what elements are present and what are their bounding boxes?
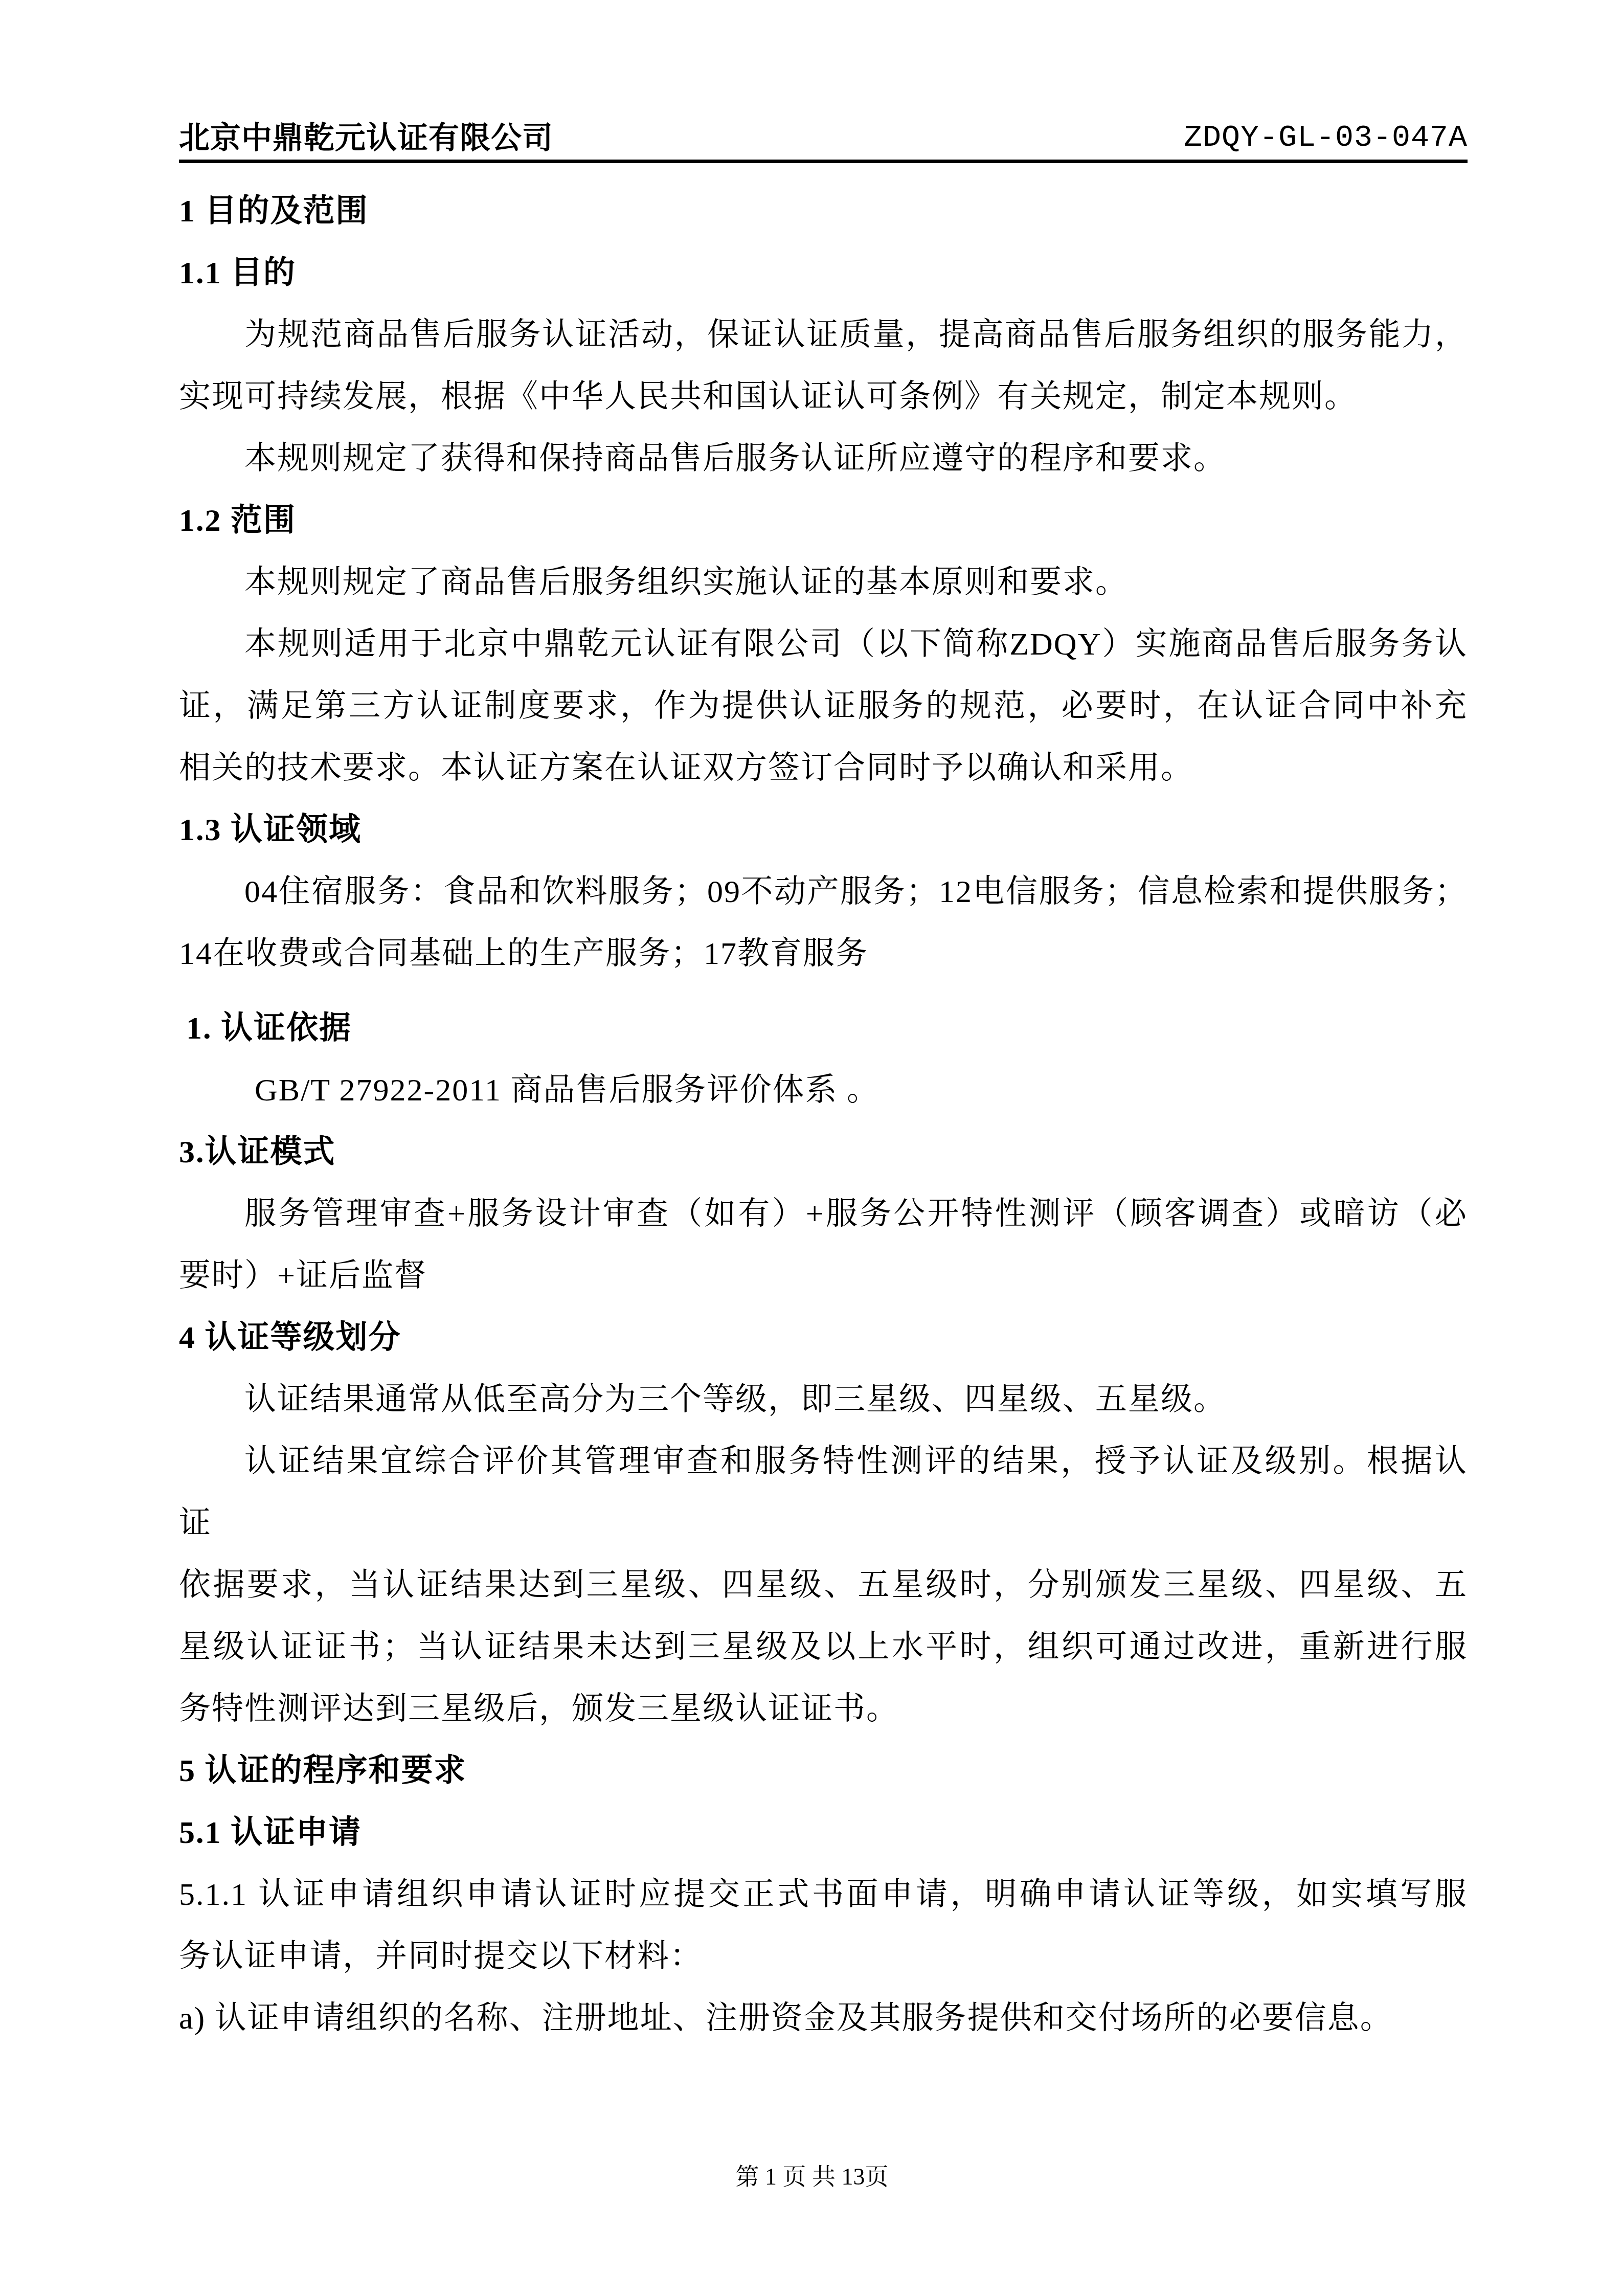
paragraph-line: 星级认证证书；当认证结果未达到三星级及以上水平时，组织可通过改进，重新进行服 [179, 1616, 1468, 1678]
section-heading: 5 认证的程序和要求 [179, 1740, 1468, 1802]
paragraph-line: 14在收费或合同基础上的生产服务；17教育服务 [179, 923, 1468, 985]
paragraph-line: 依据要求，当认证结果达到三星级、四星级、五星级时，分别颁发三星级、四星级、五 [179, 1555, 1468, 1616]
page-number: 第 1 页 共 13页 [0, 2159, 1624, 2195]
section-heading: 5.1 认证申请 [179, 1802, 1468, 1864]
section-heading: 1.1 目的 [179, 242, 1468, 304]
section-heading: 1. 认证依据 [179, 998, 1468, 1060]
section-heading: 4 认证等级划分 [179, 1307, 1468, 1369]
paragraph-line: 证，满足第三方认证制度要求，作为提供认证服务的规范，必要时，在认证合同中补充 [179, 676, 1468, 737]
paragraph-line: 为规范商品售后服务认证活动，保证认证质量，提高商品售后服务组织的服务能力， [179, 304, 1468, 366]
paragraph-line: 本规则规定了商品售后服务组织实施认证的基本原则和要求。 [179, 552, 1468, 614]
section-heading: 3.认证模式 [179, 1121, 1468, 1183]
paragraph-line: 5.1.1 认证申请组织申请认证时应提交正式书面申请，明确申请认证等级，如实填写… [179, 1864, 1468, 1926]
paragraph-line: 务特性测评达到三星级后，颁发三星级认证证书。 [179, 1678, 1468, 1740]
section-heading: 1.2 范围 [179, 490, 1468, 552]
section-heading: 1.3 认证领域 [179, 799, 1468, 861]
paragraph-line: 认证结果宜综合评价其管理审查和服务特性测评的结果，授予认证及级别。根据认 [179, 1431, 1468, 1493]
document-header: 北京中鼎乾元认证有限公司 ZDQY-GL-03-047A [179, 122, 1468, 163]
paragraph-line: 实现可持续发展，根据《中华人民共和国认证认可条例》有关规定，制定本规则。 [179, 366, 1468, 428]
paragraph-line: GB/T 27922-2011 商品售后服务评价体系 。 [179, 1060, 1468, 1121]
paragraph-line: 04住宿服务：食品和饮料服务；09不动产服务；12电信服务；信息检索和提供服务； [179, 861, 1468, 923]
document-page: 北京中鼎乾元认证有限公司 ZDQY-GL-03-047A 1 目的及范围 1.1… [0, 0, 1624, 2296]
company-name: 北京中鼎乾元认证有限公司 [179, 122, 553, 154]
paragraph-line: 本规则适用于北京中鼎乾元认证有限公司（以下简称ZDQY）实施商品售后服务务认 [179, 614, 1468, 676]
page-content: 北京中鼎乾元认证有限公司 ZDQY-GL-03-047A 1 目的及范围 1.1… [179, 122, 1468, 2050]
paragraph-line: 证 [179, 1493, 1468, 1555]
paragraph-line: 认证结果通常从低至高分为三个等级，即三星级、四星级、五星级。 [179, 1369, 1468, 1431]
document-body: 1 目的及范围 1.1 目的 为规范商品售后服务认证活动，保证认证质量，提高商品… [179, 181, 1468, 2050]
paragraph-line: 要时）+证后监督 [179, 1245, 1468, 1307]
paragraph-line: 务认证申请，并同时提交以下材料： [179, 1926, 1468, 1988]
paragraph-line: a) 认证申请组织的名称、注册地址、注册资金及其服务提供和交付场所的必要信息。 [179, 1988, 1468, 2050]
paragraph-line: 本规则规定了获得和保持商品售后服务认证所应遵守的程序和要求。 [179, 428, 1468, 490]
paragraph-line: 相关的技术要求。本认证方案在认证双方签订合同时予以确认和采用。 [179, 737, 1468, 799]
doc-number: ZDQY-GL-03-047A [1184, 122, 1468, 154]
paragraph-line: 服务管理审查+服务设计审查（如有）+服务公开特性测评（顾客调查）或暗访（必 [179, 1183, 1468, 1245]
section-heading: 1 目的及范围 [179, 181, 1468, 242]
